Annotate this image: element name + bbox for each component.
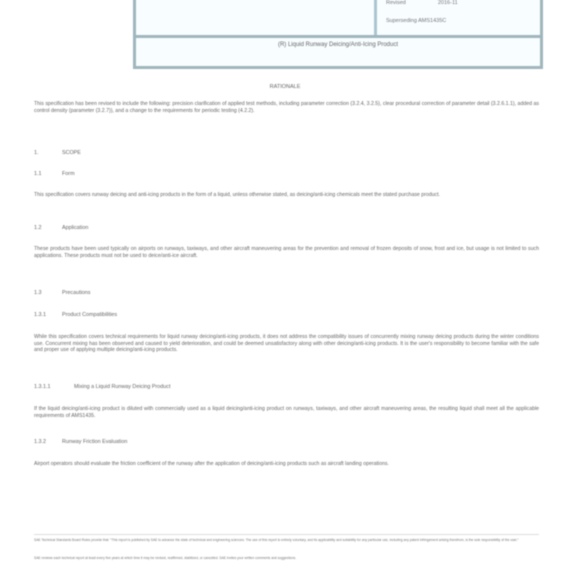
section-heading: 1.3.2 Runway Friction Evaluation (34, 439, 127, 445)
document-title: (R) Liquid Runway Deicing/Anti-Icing Pro… (136, 42, 540, 48)
revised-label: Revised (386, 0, 406, 6)
footer-divider (34, 534, 539, 535)
revised-value: 2016-11 (438, 0, 458, 6)
header-revision-block: Revised 2016-11 Superseding AMS1435C (374, 0, 540, 35)
document-header-box: Revised 2016-11 Superseding AMS1435C (R)… (133, 0, 543, 69)
section-text: While this specification covers technica… (34, 334, 539, 354)
section-heading: 1.3.1 Product Compatibilities (34, 312, 117, 318)
section-text: This specification covers runway deicing… (34, 192, 539, 199)
section-text: Airport operators should evaluate the fr… (34, 461, 539, 468)
supersedes-label: Superseding AMS1435C (386, 18, 446, 24)
rationale-text: This specification has been revised to i… (34, 101, 539, 114)
header-top-row: Revised 2016-11 Superseding AMS1435C (136, 0, 540, 38)
section-heading: 1.3.1.1 Mixing a Liquid Runway Deicing P… (34, 384, 170, 390)
section-text: If the liquid deicing/anti-icing product… (34, 406, 539, 419)
rationale-heading: RATIONALE (0, 84, 570, 90)
footer-note: SAE reviews each technical report at lea… (34, 556, 539, 560)
section-heading: 1.1 Form (34, 171, 75, 177)
section-heading: 1. SCOPE (34, 150, 81, 156)
section-heading: 1.3 Precautions (34, 290, 90, 296)
section-text: These products have been used typically … (34, 246, 539, 259)
footer-note: SAE Technical Standards Board Rules prov… (34, 538, 539, 542)
section-heading: 1.2 Application (34, 225, 88, 231)
